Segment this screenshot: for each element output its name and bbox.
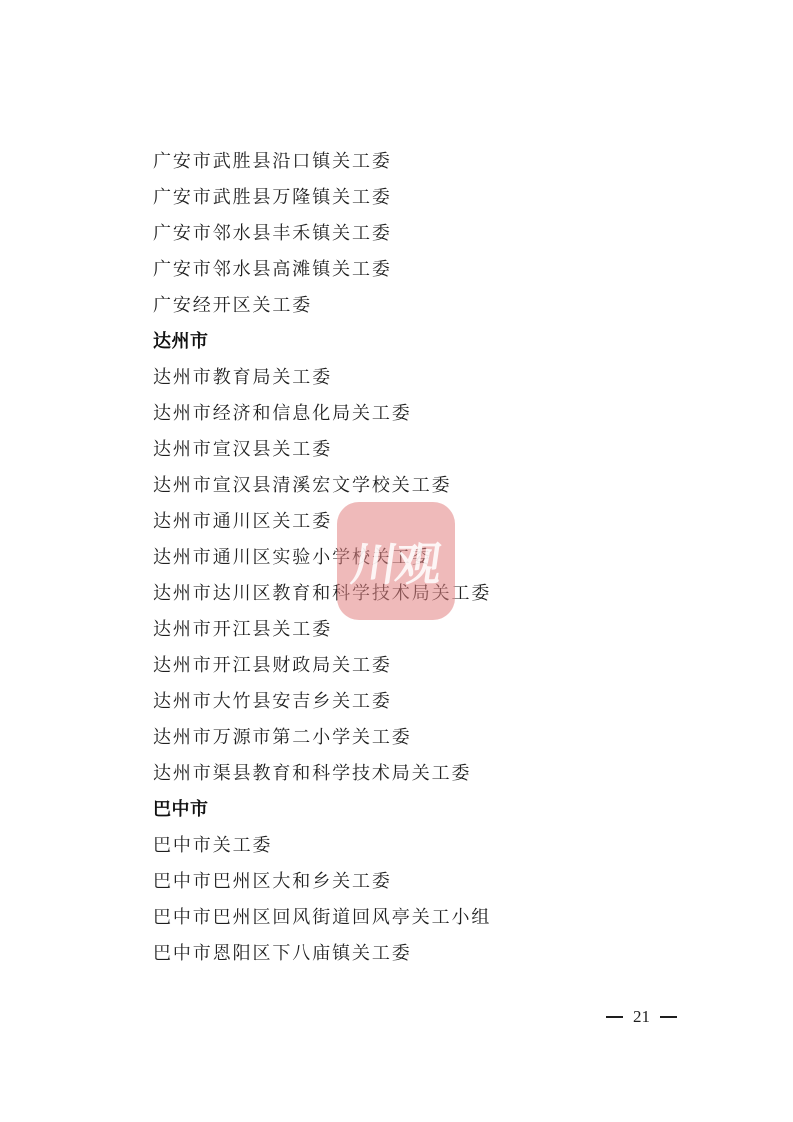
list-item: 广安市邻水县丰禾镇关工委 [153,216,491,252]
list-item: 达州市宣汉县关工委 [153,432,491,468]
list-item: 巴中市巴州区回风街道回风亭关工小组 [153,900,491,936]
list-item: 巴中市巴州区大和乡关工委 [153,864,491,900]
list-item: 广安市邻水县高滩镇关工委 [153,252,491,288]
section-heading-bazhong: 巴中市 [153,792,491,828]
list-item: 达州市通川区实验小学校关工委 [153,540,491,576]
list-item: 巴中市恩阳区下八庙镇关工委 [153,936,491,972]
page-number-footer: 21 [606,1007,677,1027]
section-heading-dazhou: 达州市 [153,324,491,360]
list-item: 达州市宣汉县清溪宏文学校关工委 [153,468,491,504]
list-item: 达州市开江县关工委 [153,612,491,648]
page-number: 21 [633,1007,650,1027]
list-item: 广安市武胜县万隆镇关工委 [153,180,491,216]
dash-left [606,1016,623,1018]
document-page: 广安市武胜县沿口镇关工委 广安市武胜县万隆镇关工委 广安市邻水县丰禾镇关工委 广… [0,0,793,1122]
list-item: 达州市开江县财政局关工委 [153,648,491,684]
list-item: 巴中市关工委 [153,828,491,864]
organization-list: 广安市武胜县沿口镇关工委 广安市武胜县万隆镇关工委 广安市邻水县丰禾镇关工委 广… [153,144,491,972]
list-item: 达州市达川区教育和科学技术局关工委 [153,576,491,612]
list-item: 达州市经济和信息化局关工委 [153,396,491,432]
list-item: 达州市教育局关工委 [153,360,491,396]
list-item: 达州市大竹县安吉乡关工委 [153,684,491,720]
dash-right [660,1016,677,1018]
list-item: 广安市武胜县沿口镇关工委 [153,144,491,180]
list-item: 达州市渠县教育和科学技术局关工委 [153,756,491,792]
list-item: 广安经开区关工委 [153,288,491,324]
list-item: 达州市通川区关工委 [153,504,491,540]
list-item: 达州市万源市第二小学关工委 [153,720,491,756]
